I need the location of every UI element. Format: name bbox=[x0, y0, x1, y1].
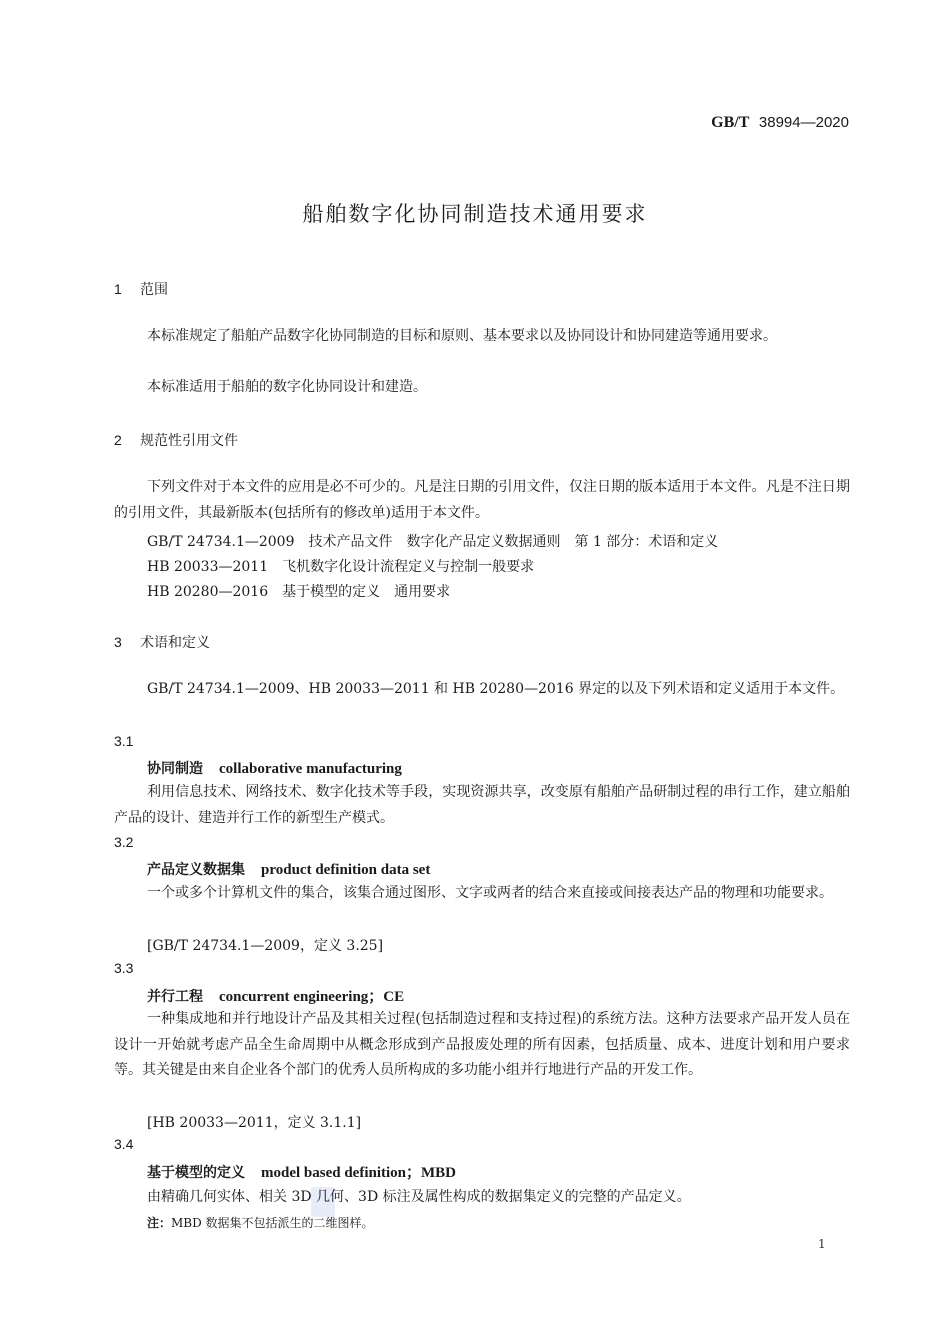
term-heading: 产品定义数据集product definition data set bbox=[147, 859, 430, 879]
term-source: [GB/T 24734.1—2009，定义 3.25] bbox=[147, 935, 383, 955]
term-zh: 产品定义数据集 bbox=[147, 862, 245, 878]
term-heading: 基于模型的定义model based definition；MBD bbox=[147, 1161, 456, 1182]
section-number: 3 bbox=[114, 634, 140, 650]
note-text: MBD 数据集不包括派生的二维图样。 bbox=[171, 1216, 374, 1230]
page-number: 1 bbox=[818, 1237, 826, 1251]
document-title: 船舶数字化协同制造技术通用要求 bbox=[0, 198, 950, 228]
term-en: concurrent engineering；CE bbox=[219, 989, 404, 1005]
section-title: 规范性引用文件 bbox=[140, 433, 238, 449]
term-en: product definition data set bbox=[261, 862, 430, 878]
section-heading-3: 3术语和定义 bbox=[114, 632, 210, 652]
term-note: 注：MBD 数据集不包括派生的二维图样。 bbox=[147, 1214, 374, 1231]
term-heading: 协同制造collaborative manufacturing bbox=[147, 758, 402, 778]
term-definition: 利用信息技术、网络技术、数字化技术等手段，实现资源共享，改变原有船舶产品研制过程… bbox=[114, 780, 850, 831]
section-heading-2: 2规范性引用文件 bbox=[114, 430, 238, 450]
standard-code: GB/T 38994—2020 bbox=[650, 113, 849, 132]
section-title: 范围 bbox=[140, 282, 168, 298]
term-definition: 一个或多个计算机文件的集合，该集合通过图形、文字或两者的结合来直接或间接表达产品… bbox=[114, 881, 850, 907]
section-heading-1: 1范围 bbox=[114, 279, 168, 299]
term-zh: 并行工程 bbox=[147, 989, 203, 1005]
term-source: [HB 20033—2011，定义 3.1.1] bbox=[147, 1112, 361, 1132]
term-zh: 基于模型的定义 bbox=[147, 1165, 245, 1181]
section-title: 术语和定义 bbox=[140, 635, 210, 651]
term-zh: 协同制造 bbox=[147, 761, 203, 777]
standard-number: 38994—2020 bbox=[759, 114, 849, 131]
term-en: collaborative manufacturing bbox=[219, 761, 402, 777]
term-definition: 由精确几何实体、相关 3D 几何、3D 标注及属性构成的数据集定义的完整的产品定… bbox=[147, 1186, 691, 1206]
section-number: 2 bbox=[114, 432, 140, 448]
reference-item: HB 20280—2016 基于模型的定义 通用要求 bbox=[147, 581, 450, 601]
clause-number: 3.2 bbox=[114, 834, 133, 850]
paragraph: 本标准规定了船舶产品数字化协同制造的目标和原则、基本要求以及协同设计和协同建造等… bbox=[114, 324, 850, 350]
standard-prefix: GB/T bbox=[711, 114, 749, 131]
clause-number: 3.3 bbox=[114, 960, 133, 976]
clause-number: 3.1 bbox=[114, 733, 133, 749]
section-number: 1 bbox=[114, 281, 140, 297]
term-heading: 并行工程concurrent engineering；CE bbox=[147, 985, 404, 1006]
term-definition: 一种集成地和并行地设计产品及其相关过程(包括制造过程和支持过程)的系统方法。这种… bbox=[114, 1007, 850, 1084]
note-label: 注： bbox=[147, 1216, 171, 1230]
clause-number: 3.4 bbox=[114, 1136, 133, 1152]
paragraph: 下列文件对于本文件的应用是必不可少的。凡是注日期的引用文件，仅注日期的版本适用于… bbox=[114, 475, 850, 526]
reference-item: HB 20033—2011 飞机数字化设计流程定义与控制一般要求 bbox=[147, 556, 534, 576]
paragraph: GB/T 24734.1—2009、HB 20033—2011 和 HB 202… bbox=[114, 677, 850, 703]
reference-item: GB/T 24734.1—2009 技术产品文件 数字化产品定义数据通则 第 1… bbox=[147, 531, 718, 551]
paragraph: 本标准适用于船舶的数字化协同设计和建造。 bbox=[114, 375, 850, 401]
term-en: model based definition；MBD bbox=[261, 1165, 456, 1181]
